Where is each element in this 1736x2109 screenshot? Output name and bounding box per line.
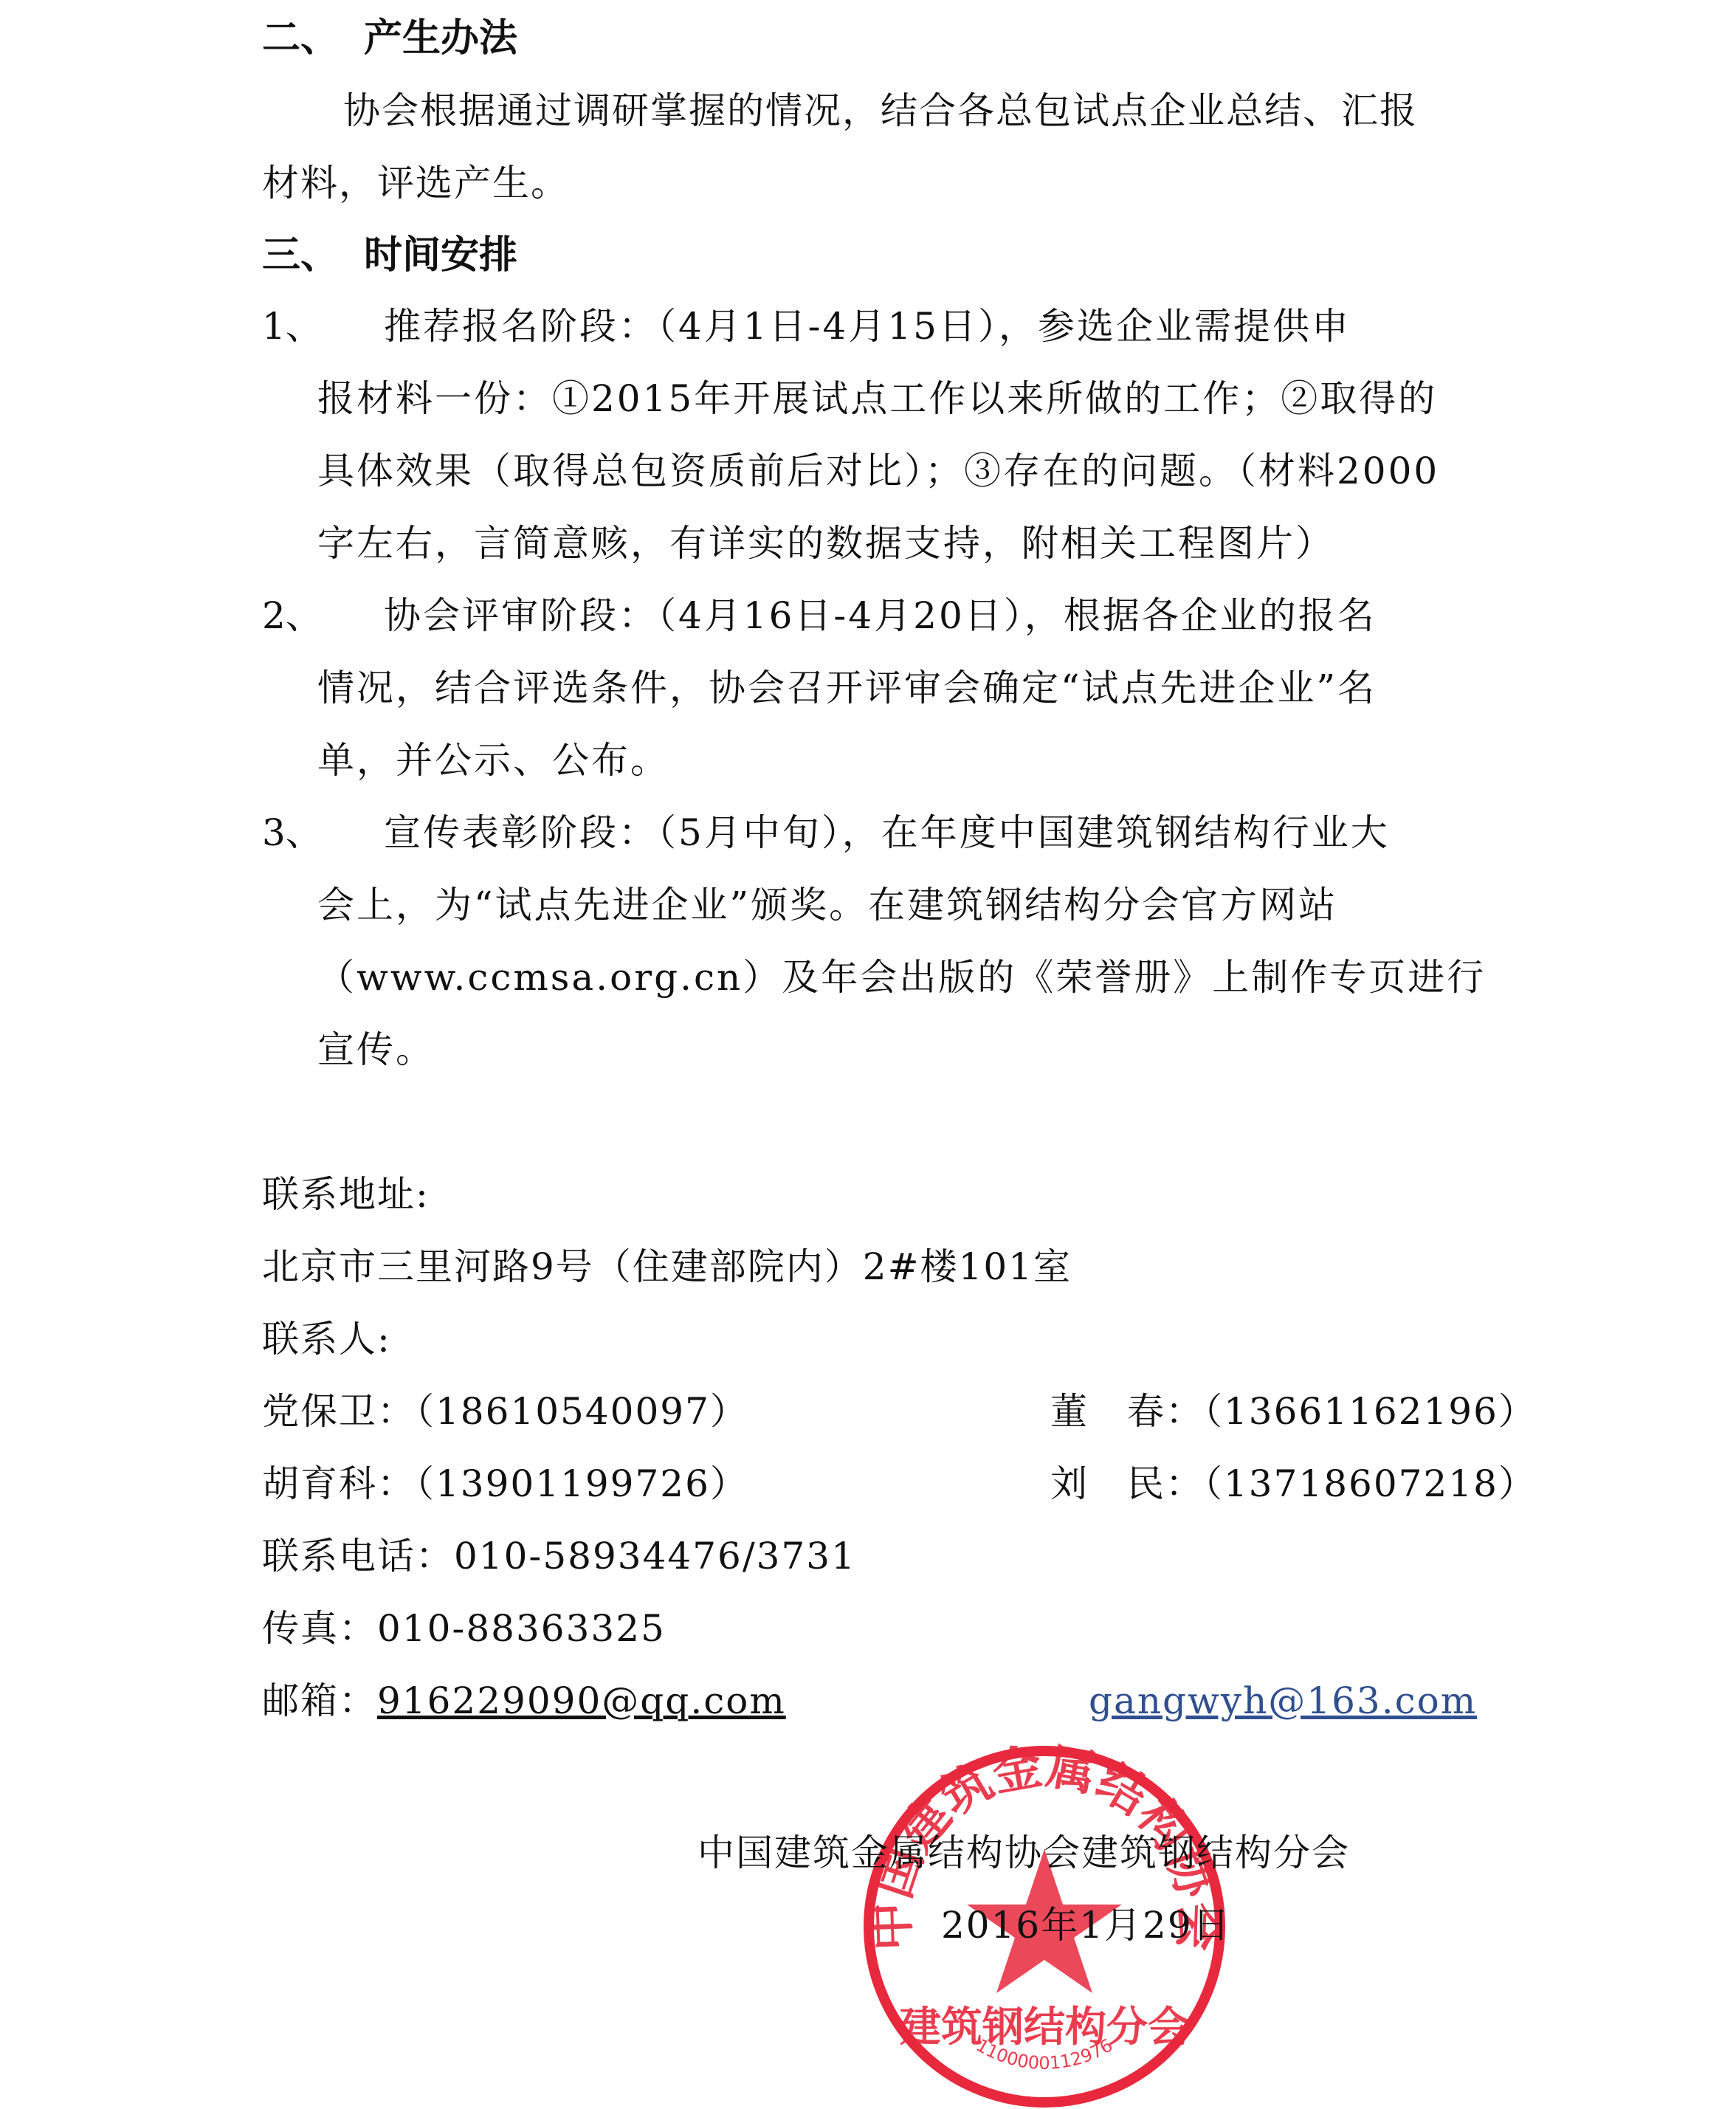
contact-name: 董 春： — [1050, 1390, 1204, 1433]
item-1-line-2: 报材料一份：①2015年开展试点工作以来所做的工作；②取得的 — [317, 376, 1437, 421]
item-1-number: 1、 — [262, 304, 323, 348]
contact-name: 党保卫： — [262, 1390, 416, 1433]
item-3-line-1: 宣传表彰阶段：（5月中旬），在年度中国建筑钢结构行业大 — [384, 811, 1390, 855]
item-2-line-3: 单，并公示、公布。 — [317, 738, 669, 782]
section-2-paragraph-line-1: 协会根据通过调研掌握的情况，结合各总包试点企业总结、汇报 — [343, 89, 1418, 133]
section-2-heading: 二、产生办法 — [262, 16, 517, 61]
contact-persons-label: 联系人: — [262, 1317, 391, 1361]
section-2-paragraph-line-2: 材料，评选产生。 — [262, 161, 569, 205]
section-2-title: 产生办法 — [364, 16, 517, 61]
contact-person-2: 董 春：（13661162196） — [1050, 1389, 1537, 1434]
section-3-heading: 三、时间安排 — [262, 233, 517, 278]
contact-row-2: 胡育科：（13901199726） 刘 民：（13718607218） — [262, 1462, 1295, 1506]
email-link-qq[interactable]: 916229090@qq.com — [377, 1679, 786, 1722]
signature-date: 2016年1月29日 — [941, 1903, 1231, 1947]
contact-phone: （13718607218） — [1204, 1462, 1537, 1505]
address-label: 联系地址: — [262, 1172, 430, 1217]
item-1-line-3: 具体效果（取得总包资质前后对比）；③存在的问题。（材料2000 — [317, 449, 1439, 493]
email-label: 邮箱： — [262, 1679, 377, 1722]
section-3-title: 时间安排 — [364, 233, 517, 278]
section-2-number: 二、 — [262, 16, 364, 61]
svg-text:建筑钢结构分会: 建筑钢结构分会 — [900, 2003, 1189, 2051]
contact-row-1: 党保卫：（18610540097） 董 春：（13661162196） — [262, 1389, 1295, 1434]
item-1-line-1: 推荐报名阶段：（4月1日-4月15日），参选企业需提供申 — [384, 304, 1351, 348]
signature-organization: 中国建筑金属结构协会建筑钢结构分会 — [697, 1831, 1350, 1875]
item-2-line-1: 协会评审阶段：（4月16日-4月20日），根据各企业的报名 — [384, 594, 1377, 638]
phone-value: 010-58934476/3731 — [454, 1535, 856, 1578]
item-3-line-2: 会上，为“试点先进企业”颁奖。在建筑钢结构分会官方网站 — [317, 883, 1337, 927]
contact-phone: （13661162196） — [1204, 1390, 1537, 1433]
fax-value: 010-88363325 — [377, 1607, 666, 1650]
contact-person-4: 刘 民：（13718607218） — [1050, 1462, 1537, 1506]
phone-label: 联系电话： — [262, 1535, 454, 1578]
item-2-number: 2、 — [262, 594, 323, 638]
section-3-number: 三、 — [262, 233, 364, 278]
phone-row: 联系电话：010-58934476/3731 — [262, 1534, 856, 1578]
item-3-number: 3、 — [262, 811, 323, 855]
contact-phone: （18610540097） — [416, 1390, 748, 1433]
item-2-line-2: 情况，结合评选条件，协会召开评审会确定“试点先进企业”名 — [317, 666, 1377, 710]
item-3-line-4: 宣传。 — [317, 1028, 435, 1072]
contact-phone: （13901199726） — [416, 1462, 748, 1505]
fax-row: 传真：010-88363325 — [262, 1606, 666, 1651]
email-row: 邮箱：916229090@qq.com gangwyh@163.com — [262, 1679, 1443, 1723]
address: 北京市三里河路9号（住建部院内）2#楼101室 — [262, 1245, 1072, 1289]
item-1-line-4: 字左右，言简意赅，有详实的数据支持，附相关工程图片） — [317, 521, 1334, 565]
contact-name: 胡育科： — [262, 1462, 416, 1505]
item-3-line-3: （www.ccmsa.org.cn）及年会出版的《荣誉册》上制作专页进行 — [317, 955, 1486, 1000]
email-link-163[interactable]: gangwyh@163.com — [1089, 1679, 1477, 1723]
contact-name: 刘 民： — [1050, 1462, 1204, 1505]
fax-label: 传真： — [262, 1607, 377, 1650]
